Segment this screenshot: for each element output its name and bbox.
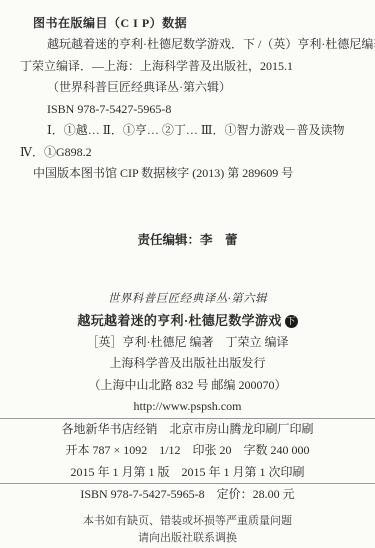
authors-line: ［英］亨利·杜德尼 编著 丁荣立 编译: [20, 332, 355, 354]
cip-translator-line: 丁荣立编译．—上海：上海科学普及出版社，2015.1: [20, 56, 355, 78]
cip-heading: 图书在版编目（C I P）数据: [20, 12, 355, 34]
format-line: 开本 787 × 1092 1/12 印张 20 字数 240 000: [20, 440, 355, 462]
quality-notice-block: 本书如有缺页、错装或坏损等严重质量问题 请向出版社联系调换: [20, 513, 355, 547]
colophon-page: 图书在版编目（C I P）数据 越玩越着迷的亨利·杜德尼数学游戏．下 /（英）亨…: [0, 0, 375, 548]
isbn-price-line: ISBN 978-7-5427-5965-8 定价：28.00 元: [20, 484, 355, 506]
cip-block: 图书在版编目（C I P）数据 越玩越着迷的亨利·杜德尼数学游戏．下 /（英）亨…: [20, 12, 355, 185]
volume-badge: 下: [285, 315, 298, 328]
publisher-address-line: （上海中山北路 832 号 邮编 200070）: [20, 375, 355, 397]
print-info-block: 各地新华书店经销 北京市房山腾龙印刷厂印刷 开本 787 × 1092 1/12…: [20, 419, 355, 484]
cip-class-code-line: Ⅳ．①G898.2: [20, 142, 355, 164]
distribution-line: 各地新华书店经销 北京市房山腾龙印刷厂印刷: [20, 419, 355, 441]
cip-registry-line: 中国版本图书馆 CIP 数据核字 (2013) 第 289609 号: [20, 163, 355, 185]
cip-classification-line: Ⅰ．①越… Ⅱ．①亨… ②丁… Ⅲ．①智力游戏－普及读物: [20, 120, 355, 142]
series-title: 世界科普巨匠经典译丛·第六辑: [20, 289, 355, 311]
publisher-line: 上海科学普及出版社出版发行: [20, 353, 355, 375]
website-url: http://www.pspsh.com: [20, 396, 355, 418]
cip-title-line: 越玩越着迷的亨利·杜德尼数学游戏．下 /（英）亨利·杜德尼编著；: [20, 34, 355, 56]
notice-line-2: 请向出版社联系调换: [20, 530, 355, 547]
book-title: 越玩越着迷的亨利·杜德尼数学游戏: [77, 313, 281, 328]
cip-isbn-line: ISBN 978-7-5427-5965-8: [20, 99, 355, 121]
cip-series-line: （世界科普巨匠经典译丛·第六辑）: [20, 77, 355, 99]
title-block: 世界科普巨匠经典译丛·第六辑 越玩越着迷的亨利·杜德尼数学游戏下 ［英］亨利·杜…: [20, 289, 355, 418]
notice-line-1: 本书如有缺页、错装或坏损等严重质量问题: [20, 513, 355, 530]
book-title-line: 越玩越着迷的亨利·杜德尼数学游戏下: [20, 310, 355, 332]
edition-line: 2015 年 1 月第 1 版 2015 年 1 月第 1 次印刷: [20, 462, 355, 484]
responsible-editor-line: 责任编辑：李 蕾: [20, 232, 355, 248]
